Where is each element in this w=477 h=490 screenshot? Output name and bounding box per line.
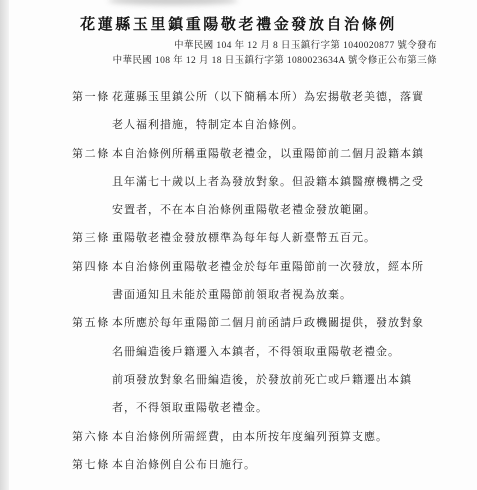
article-line: 老人福利措施，特制定本自治條例。	[112, 111, 447, 139]
article-line: 名冊編造後戶籍遷入本鎮者，不得領取重陽敬老禮金。	[112, 338, 447, 366]
article-3-body: 重陽敬老禮金發放標準為每年每人新臺幣五百元。	[112, 224, 447, 252]
article-line: 花蓮縣玉里鎮公所（以下簡稱本所）為宏揚敬老美德，落實	[112, 83, 447, 111]
article-6-body: 本自治條例所需經費，由本所按年度編列預算支應。	[112, 423, 447, 451]
promulgation-block: 中華民國 104 年 12 月 8 日玉鎮行字第 1040020877 號令發布…	[0, 39, 477, 68]
article-5: 第五條 本所應於每年重陽節二個月前函請戶政機關提供，發放對象 名冊編造後戶籍遷入…	[72, 309, 447, 422]
article-1: 第一條 花蓮縣玉里鎮公所（以下簡稱本所）為宏揚敬老美德，落實 老人福利措施，特制…	[72, 83, 447, 140]
article-line: 者，不得領取重陽敬老禮金。	[112, 394, 447, 422]
article-3-label: 第三條	[72, 224, 112, 252]
article-line: 安置者，不在本自治條例重陽敬老禮金發放範圍。	[112, 196, 447, 224]
promulgation-line-1: 中華民國 104 年 12 月 8 日玉鎮行字第 1040020877 號令發布	[0, 39, 437, 54]
article-1-label: 第一條	[72, 83, 112, 111]
article-4-label: 第四條	[72, 253, 112, 281]
article-2-label: 第二條	[72, 140, 112, 168]
article-line: 書面通知且未能於重陽節前領取者視為放棄。	[112, 281, 447, 309]
article-line: 本自治條例所需經費，由本所按年度編列預算支應。	[112, 423, 447, 451]
article-line: 本自治條例重陽敬老禮金於每年重陽節前一次發放，經本所	[112, 253, 447, 281]
scan-edge-artifact	[0, 0, 9, 490]
article-2-body: 本自治條例所稱重陽敬老禮金，以重陽節前二個月設籍本鎮 且年滿七十歲以上者為發放對…	[112, 140, 447, 225]
article-line: 本所應於每年重陽節二個月前函請戶政機關提供，發放對象	[112, 309, 447, 337]
article-6: 第六條 本自治條例所需經費，由本所按年度編列預算支應。	[72, 423, 447, 451]
article-line: 前項發放對象名冊編造後，於發放前死亡或戶籍遷出本鎮	[112, 366, 447, 394]
article-4-body: 本自治條例重陽敬老禮金於每年重陽節前一次發放，經本所 書面通知且未能於重陽節前領…	[112, 253, 447, 310]
article-line: 重陽敬老禮金發放標準為每年每人新臺幣五百元。	[112, 224, 447, 252]
article-5-label: 第五條	[72, 309, 112, 337]
article-line: 且年滿七十歲以上者為發放對象。但設籍本鎮醫療機構之受	[112, 168, 447, 196]
article-line: 本自治條例所稱重陽敬老禮金，以重陽節前二個月設籍本鎮	[112, 140, 447, 168]
article-5-body: 本所應於每年重陽節二個月前函請戶政機關提供，發放對象 名冊編造後戶籍遷入本鎮者，…	[112, 309, 447, 422]
article-4: 第四條 本自治條例重陽敬老禮金於每年重陽節前一次發放，經本所 書面通知且未能於重…	[72, 253, 447, 310]
article-line: 本自治條例自公布日施行。	[112, 451, 447, 479]
article-2: 第二條 本自治條例所稱重陽敬老禮金，以重陽節前二個月設籍本鎮 且年滿七十歲以上者…	[72, 140, 447, 225]
scanned-document-page: 花蓮縣玉里鎮重陽敬老禮金發放自治條例 中華民國 104 年 12 月 8 日玉鎮…	[0, 0, 477, 490]
articles-section: 第一條 花蓮縣玉里鎮公所（以下簡稱本所）為宏揚敬老美德，落實 老人福利措施，特制…	[0, 83, 477, 479]
article-7-label: 第七條	[72, 451, 112, 479]
article-7: 第七條 本自治條例自公布日施行。	[72, 451, 447, 479]
document-title: 花蓮縣玉里鎮重陽敬老禮金發放自治條例	[0, 0, 477, 34]
promulgation-line-2: 中華民國 108 年 12 月 18 日玉鎮行字第 1080023634A 號令…	[0, 54, 437, 69]
article-1-body: 花蓮縣玉里鎮公所（以下簡稱本所）為宏揚敬老美德，落實 老人福利措施，特制定本自治…	[112, 83, 447, 140]
article-7-body: 本自治條例自公布日施行。	[112, 451, 447, 479]
article-6-label: 第六條	[72, 423, 112, 451]
article-3: 第三條 重陽敬老禮金發放標準為每年每人新臺幣五百元。	[72, 224, 447, 252]
